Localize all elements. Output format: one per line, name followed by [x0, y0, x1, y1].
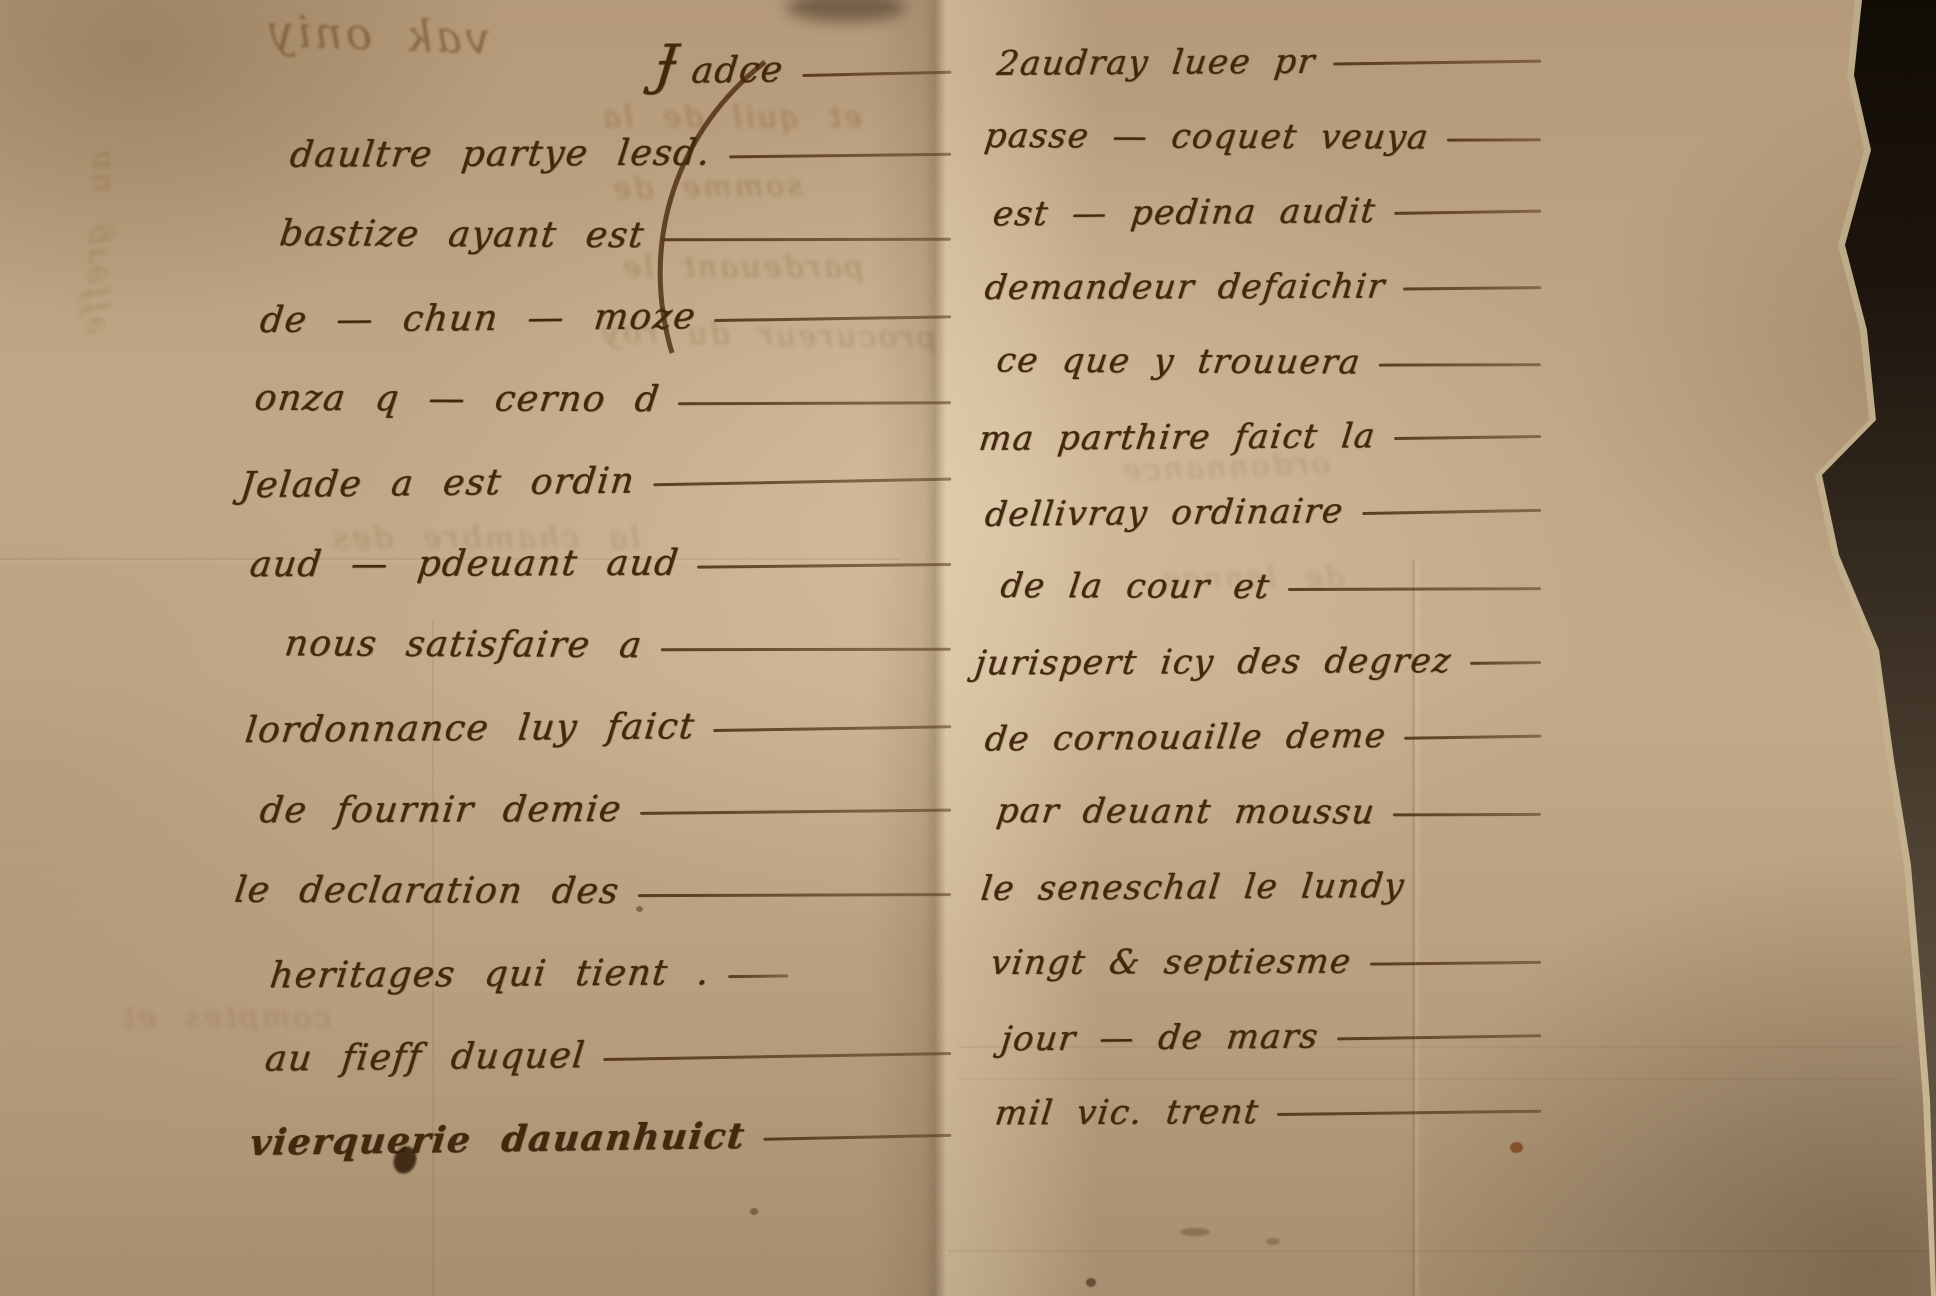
- ink-stain: [1266, 1238, 1280, 1245]
- manuscript-line: passe — coquet veuya: [985, 78, 1545, 155]
- manuscript-line: de — chun — moze: [260, 251, 956, 339]
- manuscript-line: aud — pdeuant aud: [250, 499, 955, 583]
- ink-rule: [663, 238, 951, 242]
- ink-rule: [714, 315, 951, 322]
- manuscript-line-text: au fieff duquel: [263, 1038, 587, 1077]
- manuscript-line-text: est — pedina audit: [991, 194, 1378, 231]
- manuscript-line-text: lordonnance luy faict: [243, 709, 697, 749]
- left-page-column: adce daultre partye lesd. bastize ayant …: [225, 8, 955, 1156]
- ink-rule: [803, 71, 952, 77]
- ink-rule: [1447, 138, 1541, 141]
- manuscript-line: mil vic. trent: [995, 1053, 1545, 1131]
- manuscript-line: dellivray ordinaire: [985, 451, 1546, 532]
- manuscript-line: heritages qui tient .: [270, 908, 956, 995]
- manuscript-line-text: demandeur defaichir: [983, 270, 1387, 305]
- manuscript-line-text: onza q — cerno d: [253, 381, 662, 418]
- manuscript-line: de cornouaille deme: [985, 677, 1546, 757]
- manuscript-line: demandeur defaichir: [985, 228, 1545, 305]
- manuscript-line-text: vierquerie dauanhuict: [248, 1118, 747, 1161]
- ink-rule: [1288, 587, 1541, 591]
- manuscript-line: est — pedina audit: [993, 152, 1546, 232]
- ink-rule: [763, 1134, 951, 1141]
- right-page-column: 2audray luee pr passe — coquet veuya est…: [985, 4, 1545, 1129]
- ink-rule: [678, 401, 951, 405]
- manuscript-line: nous satisfaire a: [285, 580, 955, 666]
- manuscript-line-text: de — chun — moze: [258, 299, 698, 339]
- manuscript-line-text: passe — coquet veuya: [983, 119, 1431, 155]
- manuscript-line-text: de fournir demie: [258, 792, 624, 829]
- bleedthrough-text: au greffe: [73, 150, 118, 339]
- manuscript-line-text: bastize ayant est: [278, 216, 647, 254]
- ink-rule: [1394, 210, 1541, 215]
- manuscript-line-text: mil vic. trent: [993, 1095, 1261, 1130]
- ink-rule: [697, 563, 951, 569]
- manuscript-line-text: daultre partye lesd.: [288, 136, 713, 174]
- manuscript-line: au fieff duquel: [265, 988, 956, 1077]
- manuscript-line-text: jurispert icy des degrez: [973, 644, 1454, 681]
- paper-sheet: vak oniy et quil de la somme de pardeuan…: [0, 0, 1936, 1296]
- manuscript-line-text: de cornouaille deme: [983, 719, 1388, 757]
- manuscript-line: ce que y trouuera: [997, 303, 1545, 381]
- ink-stain: [750, 1208, 758, 1215]
- manuscript-line-text: le declaration des: [233, 873, 622, 910]
- manuscript-line: Jelade a est ordin: [240, 414, 956, 505]
- fold-crease: [948, 1250, 1928, 1252]
- manuscript-line: par deuant moussu: [997, 753, 1545, 830]
- ink-stain: [1180, 1228, 1210, 1236]
- manuscript-line: bastize ayant est: [280, 170, 955, 256]
- ink-rule: [728, 974, 788, 978]
- manuscript-line: lordonnance luy faict: [245, 661, 956, 749]
- ink-rule: [1334, 60, 1542, 66]
- ink-rule: [1362, 509, 1541, 515]
- ink-rule: [1394, 435, 1541, 440]
- manuscript-line: vingt & septiesme: [991, 903, 1545, 980]
- ink-rule: [1393, 813, 1541, 817]
- ink-rule: [1337, 1034, 1541, 1040]
- ink-rule: [729, 153, 951, 159]
- ink-rule: [1470, 661, 1541, 665]
- ink-stain: [636, 906, 643, 912]
- ink-rule: [637, 893, 950, 897]
- manuscript-line: de la cour et: [1001, 528, 1545, 605]
- manuscript-line-text: adce: [652, 36, 787, 92]
- manuscript-line-text: le seneschal le lundy: [979, 869, 1407, 906]
- ink-rule: [640, 809, 951, 815]
- manuscript-line-text: vingt & septiesme: [989, 945, 1354, 980]
- manuscript-line-text: 2audray luee pr: [995, 45, 1317, 81]
- manuscript-line-text: de la cour et: [999, 569, 1273, 604]
- ink-stain: [1086, 1278, 1096, 1287]
- ink-rule: [1277, 1110, 1541, 1116]
- manuscript-line-text: nous satisfaire a: [283, 626, 645, 664]
- manuscript-line-text: jour — de mars: [999, 1020, 1321, 1057]
- manuscript-line-text: par deuant moussu: [995, 794, 1378, 829]
- ink-rule: [713, 725, 951, 732]
- ink-rule: [1379, 363, 1541, 366]
- manuscript-line-text: heritages qui tient .: [268, 955, 712, 994]
- ink-rule: [603, 1052, 951, 1061]
- manuscript-line: jurispert icy des degrez: [975, 603, 1545, 681]
- manuscript-line: adce: [654, 6, 955, 93]
- ink-rule: [1403, 286, 1541, 290]
- manuscript-line-text: aud — pdeuant aud: [248, 546, 681, 584]
- manuscript-line: daultre partye lesd.: [290, 88, 955, 173]
- manuscript-line-text: dellivray ordinaire: [983, 494, 1345, 532]
- manuscript-line: 2audray luee pr: [997, 2, 1546, 81]
- manuscript-line-text: Jelade a est ordin: [238, 464, 637, 505]
- manuscript-photo: vak oniy et quil de la somme de pardeuan…: [0, 0, 1936, 1296]
- manuscript-line-text: ma parthire faict la: [977, 419, 1378, 456]
- manuscript-line: le declaration des: [235, 827, 955, 912]
- manuscript-line: vierquerie dauanhuict: [249, 1069, 955, 1161]
- manuscript-line: jour — de mars: [1001, 977, 1546, 1057]
- ink-rule: [1370, 961, 1541, 966]
- ink-rule: [660, 648, 950, 652]
- manuscript-line: onza q — cerno d: [255, 335, 955, 419]
- manuscript-line: de fournir demie: [260, 745, 955, 829]
- ink-rule: [1404, 735, 1541, 740]
- manuscript-line: le seneschal le lundy: [981, 827, 1546, 906]
- manuscript-line: ma parthire faict la: [979, 377, 1546, 456]
- ink-stain: [1510, 1142, 1523, 1153]
- ink-rule: [653, 478, 951, 487]
- manuscript-line-text: ce que y trouuera: [995, 344, 1363, 380]
